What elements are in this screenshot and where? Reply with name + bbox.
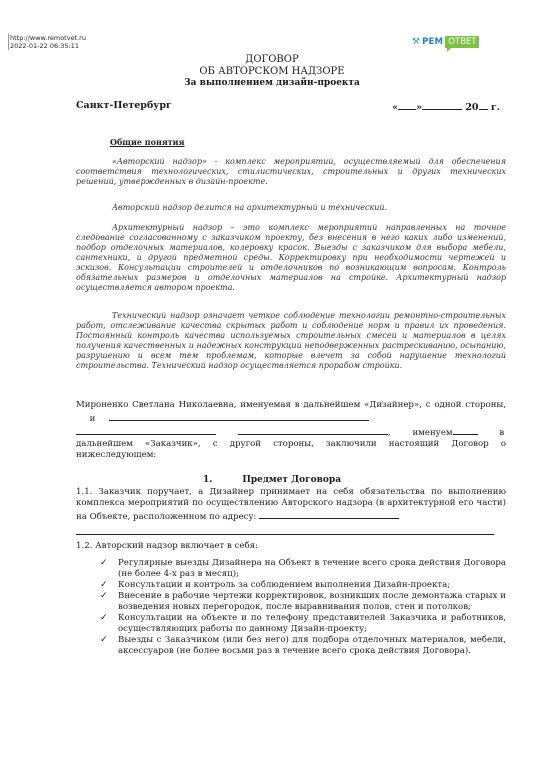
client-name-blank-2[interactable] bbox=[76, 425, 216, 435]
date-suffix: г. bbox=[491, 102, 500, 113]
date-year-blank bbox=[479, 100, 488, 110]
date-month-blank bbox=[422, 100, 462, 110]
definition-paragraph: Архитектурный надзор – это комплекс меро… bbox=[76, 223, 506, 293]
definition-architectural: Архитектурный надзор – это комплекс меро… bbox=[76, 223, 506, 293]
list-item-text: Регулярные выезды Дизайнера на Объект в … bbox=[118, 558, 506, 579]
date-field: «» 20 г. bbox=[392, 100, 500, 113]
list-item-text: Внесение в рабочие чертежи корректировок… bbox=[118, 591, 506, 612]
logo-part-rem: РЕМ bbox=[422, 37, 443, 47]
definition-paragraph: Технический надзор означает четкое соблю… bbox=[76, 311, 506, 371]
parties-and: и bbox=[90, 414, 96, 424]
date-day-blank bbox=[398, 100, 416, 110]
parties-paragraph: Мироненко Светлана Николаевна, именуемая… bbox=[76, 400, 506, 461]
list-item: ✓Внесение в рабочие чертежи корректирово… bbox=[100, 591, 506, 613]
definition-paragraph: Авторский надзор делится на архитектурны… bbox=[76, 203, 506, 213]
document-title: ДОГОВОР bbox=[0, 54, 544, 65]
timestamp-stamp: http://www.remotvet.ru 2022-01-22 06:35:… bbox=[8, 34, 86, 50]
list-item: ✓Выезды с Заказчиком (или без него) для … bbox=[100, 635, 506, 657]
parties-in: в bbox=[499, 428, 504, 438]
definition-paragraph: «Авторский надзор» - комплекс мероприяти… bbox=[76, 157, 506, 187]
parties-designer: Мироненко Светлана Николаевна, именуемая… bbox=[76, 400, 506, 410]
client-name-blank[interactable] bbox=[109, 411, 369, 421]
list-item: ✓Консультации и контроль за соблюдением … bbox=[100, 580, 506, 591]
list-item-text: Консультации на объекте и по телефону пр… bbox=[118, 613, 506, 634]
section-1-title: 1.Предмет Договора bbox=[0, 475, 544, 485]
checkmark-icon: ✓ bbox=[100, 558, 108, 569]
document-subtitle: За выполнением дизайн-проекта bbox=[0, 78, 544, 88]
list-item: ✓Консультации на объекте и по телефону п… bbox=[100, 613, 506, 635]
section-title: Предмет Договора bbox=[242, 475, 341, 485]
document-title-line2: ОБ АВТОРСКОМ НАДЗОРЕ bbox=[0, 66, 544, 77]
city: Санкт-Петербург bbox=[76, 100, 172, 111]
supervision-includes-list: ✓Регулярные выезды Дизайнера на Объект в… bbox=[100, 558, 506, 657]
definition-technical: Технический надзор означает четкое соблю… bbox=[76, 311, 506, 371]
remotvet-logo: ⚒ РЕМ ОТВЕТ bbox=[412, 36, 479, 48]
definitions-heading: Общие понятия bbox=[110, 137, 185, 147]
stamp-url: http://www.remotvet.ru bbox=[10, 34, 86, 42]
address-blank-2[interactable] bbox=[76, 525, 494, 535]
parties-client: дальнейшем «Заказчик», с другой стороны,… bbox=[76, 439, 506, 461]
list-item-text: Консультации и контроль за соблюдением в… bbox=[118, 580, 450, 590]
logo-part-otvet: ОТВЕТ bbox=[445, 36, 479, 48]
list-item: ✓Регулярные выезды Дизайнера на Объект в… bbox=[100, 558, 506, 580]
stamp-datetime: 2022-01-22 06:35:11 bbox=[10, 42, 86, 50]
clause-1-1: 1.1. Заказчик поручает, а Дизайнер прини… bbox=[76, 487, 506, 552]
checkmark-icon: ✓ bbox=[100, 613, 108, 624]
client-gender-blank[interactable] bbox=[453, 425, 478, 435]
address-blank[interactable] bbox=[259, 509, 399, 519]
checkmark-icon: ✓ bbox=[100, 635, 108, 646]
clause-1-2-text: 1.2. Авторский надзор включает в себя: bbox=[76, 541, 506, 552]
client-representative-blank[interactable] bbox=[238, 425, 388, 435]
checkmark-icon: ✓ bbox=[100, 580, 108, 591]
checkmark-icon: ✓ bbox=[100, 591, 108, 602]
parties-named: именуем bbox=[412, 428, 452, 438]
date-year: 20 bbox=[465, 102, 478, 113]
definition-author-supervision: «Авторский надзор» - комплекс мероприяти… bbox=[76, 157, 506, 187]
list-item-text: Выезды с Заказчиком (или без него) для п… bbox=[118, 635, 506, 656]
definition-types: Авторский надзор делится на архитектурны… bbox=[76, 203, 506, 213]
section-number: 1. bbox=[203, 475, 212, 485]
tools-icon: ⚒ bbox=[412, 37, 420, 47]
